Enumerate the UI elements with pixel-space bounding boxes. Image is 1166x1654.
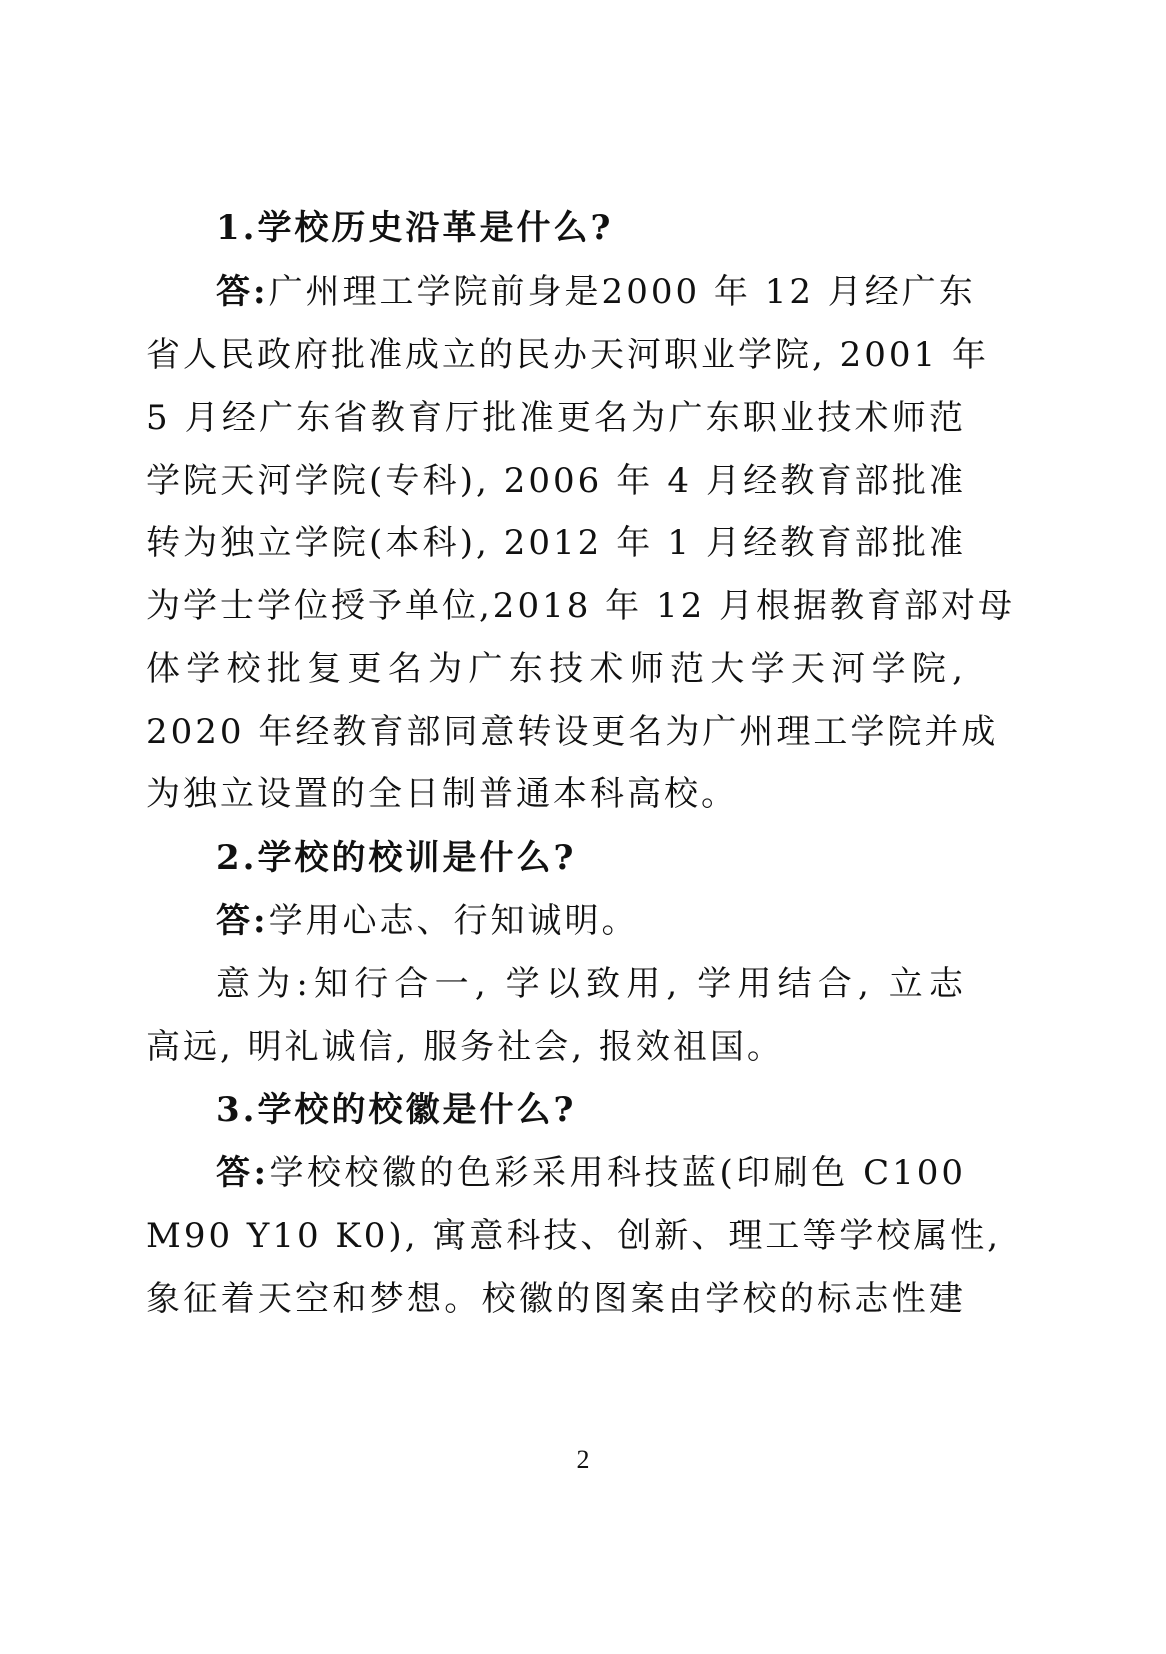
answer-1-line-9: 为独立设置的全日制普通本科高校。	[146, 774, 966, 814]
answer-1-line-3: 5 月经广东省教育厅批准更名为广东职业技术师范	[146, 398, 966, 438]
answer-label: 答:	[216, 1153, 269, 1193]
question-1-heading: 1.学校历史沿革是什么?	[216, 208, 966, 248]
answer-1-line-7: 体学校批复更名为广东技术师范大学天河学院,	[146, 649, 966, 689]
question-3-heading: 3.学校的校徽是什么?	[216, 1090, 966, 1130]
answer-1-line-1: 答:广州理工学院前身是2000 年 12 月经广东	[216, 272, 966, 312]
answer-2-extra-line-2: 高远, 明礼诚信, 服务社会, 报效祖国。	[146, 1027, 966, 1067]
answer-3-line-2: M90 Y10 K0), 寓意科技、创新、理工等学校属性,	[146, 1216, 966, 1256]
answer-text: 广州理工学院前身是2000 年 12 月经广东	[269, 272, 976, 312]
page-number: 2	[0, 1445, 1166, 1475]
answer-2-extra-line-1: 意为:知行合一, 学以致用, 学用结合, 立志	[216, 964, 966, 1004]
answer-1-line-8: 2020 年经教育部同意转设更名为广州理工学院并成	[146, 712, 966, 752]
answer-1-line-2: 省人民政府批准成立的民办天河职业学院, 2001 年	[146, 335, 966, 375]
answer-1-line-6: 为学士学位授予单位,2018 年 12 月根据教育部对母	[146, 586, 966, 626]
answer-label: 答:	[216, 901, 269, 941]
answer-1-line-4: 学院天河学院(专科), 2006 年 4 月经教育部批准	[146, 461, 966, 501]
answer-label: 答:	[216, 272, 269, 312]
answer-3-line-3: 象征着天空和梦想。校徽的图案由学校的标志性建	[146, 1279, 966, 1319]
answer-1-line-5: 转为独立学院(本科), 2012 年 1 月经教育部批准	[146, 523, 966, 563]
answer-2-line-1: 答:学用心志、行知诚明。	[216, 901, 966, 941]
answer-text: 学用心志、行知诚明。	[269, 901, 639, 941]
answer-3-line-1: 答:学校校徽的色彩采用科技蓝(印刷色 C100	[216, 1153, 966, 1193]
answer-text: 学校校徽的色彩采用科技蓝(印刷色 C100	[269, 1153, 966, 1193]
question-2-heading: 2.学校的校训是什么?	[216, 838, 966, 878]
